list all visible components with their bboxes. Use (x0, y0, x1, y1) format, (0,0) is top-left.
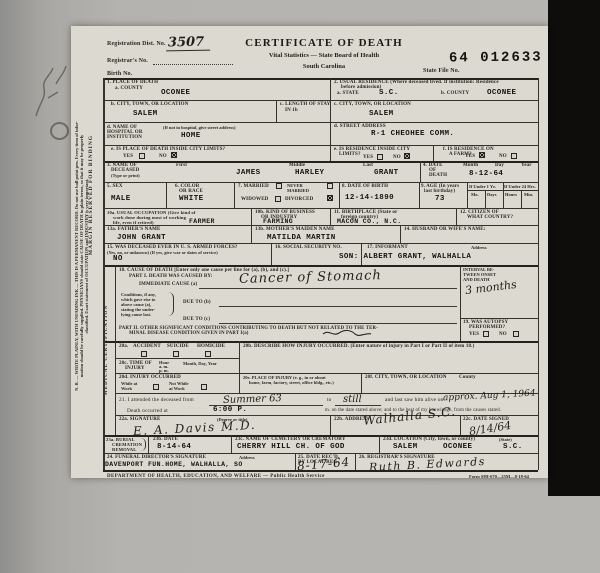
grid-line (115, 265, 116, 435)
grid-line (460, 415, 461, 435)
residence-county-value: OCONEE (487, 90, 516, 98)
farm-yes-checkbox (479, 152, 485, 158)
farm-no-checkbox (511, 153, 517, 159)
mdy-label: Month, Day, Year (183, 361, 217, 366)
burial-date-value: 8-14-64 (157, 444, 191, 452)
grid-line (276, 100, 277, 122)
never-married-label2: MARRIED (287, 188, 309, 193)
accident-checkbox (141, 351, 147, 357)
homicide-checkbox (205, 351, 211, 357)
grid-line (103, 122, 538, 123)
grid-line (103, 78, 105, 470)
place-injury-label2: home, farm, factory, street, office bldg… (249, 380, 334, 385)
conditions-bracket (167, 292, 174, 316)
grid-line (355, 453, 356, 470)
father-value: JOHN GRANT (117, 235, 166, 243)
residence-county-label: b. COUNTY (441, 91, 469, 97)
grid-line (521, 190, 522, 208)
margin-note: N. B. — WRITE PLAINLY, WITH UNFADING INK… (74, 45, 90, 467)
due-b-line (219, 306, 457, 307)
residence-limits-label2: LIMITS? (339, 152, 361, 158)
state-file-number: 64 012633 (449, 51, 543, 66)
burial-bracket (140, 438, 146, 451)
injury-county-label: County (459, 375, 476, 381)
mother-label: 13b. MOTHER'S MAIDEN NAME (255, 227, 335, 233)
grid-line (339, 182, 340, 208)
divorced-checkbox (327, 195, 333, 201)
grid-line (419, 182, 420, 208)
race-value: WHITE (179, 196, 204, 204)
divorced-label: DIVORCED (285, 197, 313, 203)
due-b-label: DUE TO (b) (183, 300, 211, 306)
date-of-death-value: 8-12-64 (469, 171, 503, 179)
certificate-subtitle: Vital Statistics — State Board of Health (201, 53, 447, 60)
name-label3: (Type or print) (111, 173, 140, 178)
death-occurred-text: Death occurred at (127, 408, 168, 414)
part2-label2: MINAL DISEASE CONDITION GIVEN IN PART I(… (129, 331, 249, 337)
place-limits-no: NO (159, 154, 167, 160)
grid-line (103, 225, 538, 226)
hours-label: Hours (505, 192, 517, 197)
burial-state-value: S.C. (503, 444, 523, 452)
grid-line (379, 435, 380, 453)
grid-line (467, 182, 468, 208)
due-c-label: DUE TO (c) (183, 317, 210, 323)
death-occurred-line (183, 415, 321, 416)
mo-label: Mo. (471, 192, 479, 197)
while-at-work-checkbox (153, 384, 159, 390)
under24-label: If Under 24 Hrs. (504, 184, 536, 189)
grid-line (103, 182, 538, 183)
grid-line (115, 415, 538, 416)
sex-label: 5. SEX (107, 184, 123, 190)
grid-line (234, 182, 235, 208)
pencil-scribble (26, 58, 72, 122)
grid-line (103, 341, 538, 343)
occupation-label3: life, even if retired) (113, 220, 154, 226)
immediate-cause-label: IMMEDIATE CAUSE (a) (139, 282, 197, 288)
widowed-label: WIDOWED (241, 197, 268, 203)
never-married-checkbox (327, 183, 333, 189)
grid-line (166, 182, 167, 208)
widowed-checkbox (275, 196, 281, 202)
ssn-label: 16. SOCIAL SECURITY NO. (275, 245, 342, 251)
scan-black-band (548, 0, 600, 496)
dob-label: 8. DATE OF BIRTH (342, 184, 388, 190)
registrar-no-label: Registrar's No. (107, 58, 148, 65)
attended-text-b: to (327, 397, 332, 403)
certificate-state: South Carolina (201, 64, 447, 71)
grid-line (271, 243, 272, 265)
hospital-value: HOME (181, 133, 201, 141)
hospital-note: (If not in hospital, give street address… (163, 125, 235, 130)
married-label: 7. MARRIED (238, 184, 269, 190)
part2-squiggle (321, 328, 373, 338)
grid-line (103, 100, 538, 101)
due-c-line (219, 323, 457, 324)
burial-label3: REMOVAL (112, 447, 136, 453)
residence-limits-yes: YES (363, 155, 373, 161)
place-limits-no-checkbox (171, 152, 177, 158)
homicide-label: HOMICIDE (197, 344, 225, 350)
residence-limits-yes-checkbox (377, 154, 383, 160)
grid-line (103, 243, 538, 244)
dod-year-label: Year (521, 163, 532, 169)
cemetery-value: CHERRY HILL CH. OF GOD (237, 444, 345, 452)
funeral-address-label: Address (239, 455, 255, 460)
armed-forces-label2: (Yes, no, or unknown) (If yes, give war … (107, 250, 218, 255)
informant-address-label: Address (471, 245, 487, 250)
grid-line (231, 435, 232, 453)
not-at-work-checkbox (201, 384, 207, 390)
conditions-note5: lying cause last. (121, 312, 151, 317)
last-alive-value: approx. Aug 1, 1964 (443, 390, 536, 404)
grid-line (330, 208, 331, 225)
grid-line (460, 265, 461, 341)
sex-value: MALE (111, 196, 131, 204)
suicide-checkbox (173, 351, 179, 357)
burial-county-value: OCONEE (443, 444, 472, 452)
farm-no: NO (499, 154, 507, 160)
min-label: Min. (524, 192, 533, 197)
certificate-paper: N. B. — WRITE PLAINLY, WITH UNFADING INK… (71, 26, 548, 478)
attended-line2 (335, 405, 381, 406)
grid-line (148, 435, 149, 453)
grid-line (103, 453, 538, 454)
injury-city-label: 20f. CITY, TOWN, OR LOCATION (365, 375, 447, 381)
grid-line (456, 208, 457, 225)
occupation-value: FARMER (189, 219, 215, 226)
place-limits-yes-checkbox (139, 153, 145, 159)
street-address-value: R-1 CHEOHEE COMM. (371, 131, 454, 139)
under1-label: If Under 1 Yr. (469, 184, 496, 189)
business-value: FARMING (263, 219, 293, 226)
mother-value: MATILDA MARTIN (267, 235, 336, 243)
accident-label: ACCIDENT (133, 344, 161, 350)
armed-forces-value: NO (113, 256, 123, 264)
state-file-label: State File No. (423, 68, 460, 75)
death-time-value: 6:00 P. (213, 407, 247, 415)
grid-line (361, 373, 362, 393)
middle-name-value: HARLEY (295, 170, 324, 178)
describe-injury-label: 20b. DESCRIBE HOW INJURY OCCURRED. (Ente… (243, 344, 474, 350)
grid-line (103, 208, 538, 209)
place-limits-label: e. IS PLACE OF DEATH INSIDE CITY LIMITS? (111, 147, 225, 153)
attended-from-value: Summer 63 (223, 394, 282, 406)
spouse-label: 14. HUSBAND OR WIFE'S NAME: (404, 227, 486, 233)
cause-part1-label: PART I. DEATH WAS CAUSED BY: (129, 274, 213, 280)
residence-city-label: c. CITY, TOWN, OR LOCATION (334, 102, 411, 108)
margin-binding-note: MARGIN RESERVED FOR BINDING (89, 64, 95, 326)
grid-line (485, 190, 486, 208)
first-label: First (176, 163, 187, 169)
attended-text-c: and last saw him alive on (385, 397, 443, 403)
informant-label: 17. INFORMANT (367, 245, 408, 251)
autopsy-yes: YES (469, 332, 479, 338)
days-label: Days (487, 192, 497, 197)
department-footer: DEPARTMENT OF HEALTH, EDUCATION, AND WEL… (107, 474, 325, 480)
place-county-value: OCONEE (161, 90, 190, 98)
injury-a-label: 20a. (119, 344, 128, 350)
registration-dist-label: Registration Dist. No. (107, 41, 166, 48)
length-of-stay-label2: IN 1b (285, 108, 298, 114)
place-county-label: a. COUNTY (115, 86, 143, 92)
scanned-death-certificate: N. B. — WRITE PLAINLY, WITH UNFADING INK… (0, 0, 600, 573)
time-injury-label2: INJURY (125, 366, 145, 372)
residence-limits-no-checkbox (404, 153, 410, 159)
not-at-work-label2: at Work (169, 386, 185, 391)
grid-line (433, 145, 434, 161)
grid-line (103, 145, 538, 146)
funeral-director-value: DAVENPORT FUN.HOME, WALHALLA, SO (105, 462, 243, 469)
citizen-label2: WHAT COUNTRY? (467, 215, 513, 221)
autopsy-no: NO (499, 332, 507, 338)
first-name-value: JAMES (236, 170, 261, 178)
hospital-label3: INSTITUTION (107, 135, 142, 141)
place-city-value: SALEM (133, 111, 158, 119)
residence-city-value: SALEM (369, 111, 394, 119)
dob-value: 12-14-1890 (345, 195, 394, 203)
suicide-label: SUICIDE (167, 344, 189, 350)
informant-value: SON: ALBERT GRANT, WALHALLA (339, 254, 471, 262)
dod-day-label: Day (495, 163, 504, 169)
grid-line (420, 161, 421, 182)
punch-hole-mark (50, 122, 69, 140)
attended-to-value: still (343, 395, 362, 405)
grid-line (538, 78, 539, 470)
grid-line (115, 373, 538, 374)
last-name-value: GRANT (374, 170, 399, 178)
residence-limits-no: NO (393, 155, 401, 161)
autopsy-yes-checkbox (483, 331, 489, 337)
dod-month-label: Month (463, 163, 478, 169)
immediate-cause-line (199, 288, 457, 289)
place-limits-yes: YES (123, 154, 133, 160)
grid-line (400, 225, 401, 243)
birthplace-value: MACON CO., N.C. (337, 219, 402, 226)
burial-state-label: (State) (499, 437, 512, 442)
residence-state-label: a. STATE (337, 91, 359, 97)
while-at-work-label2: Work (121, 386, 132, 391)
age-value: 73 (435, 196, 445, 204)
married-checkbox (276, 183, 282, 189)
form-number: Form SHI-670—25M—8-18-64 (469, 474, 529, 479)
burial-city-value: SALEM (393, 444, 418, 452)
grid-line (251, 208, 252, 243)
farm-yes: YES (465, 154, 475, 160)
grid-line (115, 358, 239, 359)
immediate-cause-value: Cancer of Stomach (239, 269, 382, 286)
certificate-title: CERTIFICATE OF DEATH (201, 38, 447, 49)
autopsy-no-checkbox (513, 331, 519, 337)
grid-line (330, 78, 331, 161)
attended-text-a: 21. I attended the deceased from (119, 397, 194, 403)
dod-label3: DEATH (429, 173, 447, 179)
grid-line (330, 415, 331, 435)
grid-line (239, 341, 240, 393)
father-label: 13a. FATHER'S NAME (107, 227, 161, 233)
pm-label: p. m. (159, 368, 169, 373)
grid-line (460, 318, 538, 319)
residence-state-value: S.C. (379, 90, 399, 98)
place-city-label: b. CITY, TOWN, OR LOCATION (111, 102, 188, 108)
last-label: Last (363, 163, 373, 169)
